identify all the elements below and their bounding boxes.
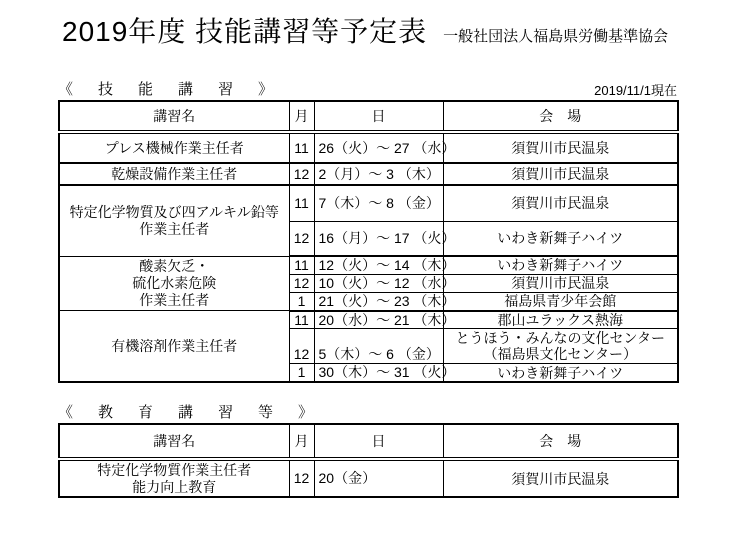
month-cell: 12 bbox=[289, 329, 314, 364]
col-header-course: 講習名 bbox=[59, 424, 289, 459]
as-of-date: 2019/11/1現在 bbox=[594, 80, 677, 99]
col-header-venue: 会 場 bbox=[443, 424, 678, 459]
col-header-course: 講習名 bbox=[59, 101, 289, 132]
education-section-title: 《 教 育 講 習 等 》 bbox=[58, 401, 318, 422]
venue-cell: とうほう・みんなの文化センター （福島県文化センター） bbox=[443, 329, 678, 364]
month-cell: 1 bbox=[289, 364, 314, 382]
day-cell: 16（月）～ 17 （火） bbox=[314, 221, 443, 256]
month-cell: 11 bbox=[289, 132, 314, 163]
day-cell: 5（木）～ 6 （金） bbox=[314, 329, 443, 364]
col-header-month: 月 bbox=[289, 101, 314, 132]
venue-cell: いわき新舞子ハイツ bbox=[443, 221, 678, 256]
venue-cell: 須賀川市民温泉 bbox=[443, 163, 678, 185]
education-section-header: 《 教 育 講 習 等 》 bbox=[58, 401, 677, 422]
venue-cell: 須賀川市民温泉 bbox=[443, 185, 678, 221]
col-header-venue: 会 場 bbox=[443, 101, 678, 132]
table-header-row: 講習名 月 日 会 場 bbox=[59, 101, 678, 132]
table-row: 特定化学物質作業主任者 能力向上教育 12 20（金） 須賀川市民温泉 bbox=[59, 459, 678, 497]
month-cell: 12 bbox=[289, 163, 314, 185]
month-cell: 11 bbox=[289, 256, 314, 274]
course-name: プレス機械作業主任者 bbox=[59, 132, 289, 163]
col-header-day: 日 bbox=[314, 101, 443, 132]
month-cell: 11 bbox=[289, 311, 314, 329]
month-cell: 11 bbox=[289, 185, 314, 221]
venue-cell: 郡山ユラックス熱海 bbox=[443, 311, 678, 329]
page-title: 2019年度 技能講習等予定表 bbox=[62, 10, 427, 50]
day-cell: 26（火）～ 27 （水） bbox=[314, 132, 443, 163]
table-row: プレス機械作業主任者 11 26（火）～ 27 （水） 須賀川市民温泉 bbox=[59, 132, 678, 163]
course-name: 特定化学物質及び四アルキル鉛等 作業主任者 bbox=[59, 185, 289, 256]
skill-section-title: 《 技 能 講 習 》 bbox=[58, 78, 278, 99]
day-cell: 12（火）～ 14 （木） bbox=[314, 256, 443, 274]
day-cell: 10（火）～ 12 （水） bbox=[314, 274, 443, 292]
day-cell: 30（木）～ 31 （火） bbox=[314, 364, 443, 382]
month-cell: 12 bbox=[289, 459, 314, 497]
day-cell: 2（月）～ 3 （木） bbox=[314, 163, 443, 185]
month-cell: 12 bbox=[289, 221, 314, 256]
education-schedule-table: 講習名 月 日 会 場 特定化学物質作業主任者 能力向上教育 12 20（金） … bbox=[58, 423, 679, 498]
skill-schedule-table: 講習名 月 日 会 場 プレス機械作業主任者 11 26（火）～ 27 （水） … bbox=[58, 100, 679, 383]
col-header-month: 月 bbox=[289, 424, 314, 459]
day-cell: 21（火）～ 23 （木） bbox=[314, 292, 443, 310]
organization-name: 一般社団法人福島県労働基準協会 bbox=[443, 25, 668, 46]
course-name: 乾燥設備作業主任者 bbox=[59, 163, 289, 185]
venue-cell: いわき新舞子ハイツ bbox=[443, 364, 678, 382]
month-cell: 12 bbox=[289, 274, 314, 292]
day-cell: 20（水）～ 21 （木） bbox=[314, 311, 443, 329]
table-row: 有機溶剤作業主任者 11 20（水）～ 21 （木） 郡山ユラックス熱海 bbox=[59, 311, 678, 329]
month-cell: 1 bbox=[289, 292, 314, 310]
venue-cell: 福島県青少年会館 bbox=[443, 292, 678, 310]
col-header-day: 日 bbox=[314, 424, 443, 459]
day-cell: 20（金） bbox=[314, 459, 443, 497]
venue-cell: 須賀川市民温泉 bbox=[443, 132, 678, 163]
venue-cell: 須賀川市民温泉 bbox=[443, 274, 678, 292]
skill-section-header: 《 技 能 講 習 》 2019/11/1現在 bbox=[58, 78, 677, 99]
table-row: 酸素欠乏・ 硫化水素危険 作業主任者 11 12（火）～ 14 （木） いわき新… bbox=[59, 256, 678, 274]
document-header: 2019年度 技能講習等予定表 一般社団法人福島県労働基準協会 bbox=[62, 10, 747, 50]
venue-cell: 須賀川市民温泉 bbox=[443, 459, 678, 497]
table-header-row: 講習名 月 日 会 場 bbox=[59, 424, 678, 459]
course-name: 特定化学物質作業主任者 能力向上教育 bbox=[59, 459, 289, 497]
table-row: 乾燥設備作業主任者 12 2（月）～ 3 （木） 須賀川市民温泉 bbox=[59, 163, 678, 185]
venue-cell: いわき新舞子ハイツ bbox=[443, 256, 678, 274]
course-name: 有機溶剤作業主任者 bbox=[59, 311, 289, 383]
table-row: 特定化学物質及び四アルキル鉛等 作業主任者 11 7（木）～ 8 （金） 須賀川… bbox=[59, 185, 678, 221]
course-name: 酸素欠乏・ 硫化水素危険 作業主任者 bbox=[59, 256, 289, 311]
day-cell: 7（木）～ 8 （金） bbox=[314, 185, 443, 221]
